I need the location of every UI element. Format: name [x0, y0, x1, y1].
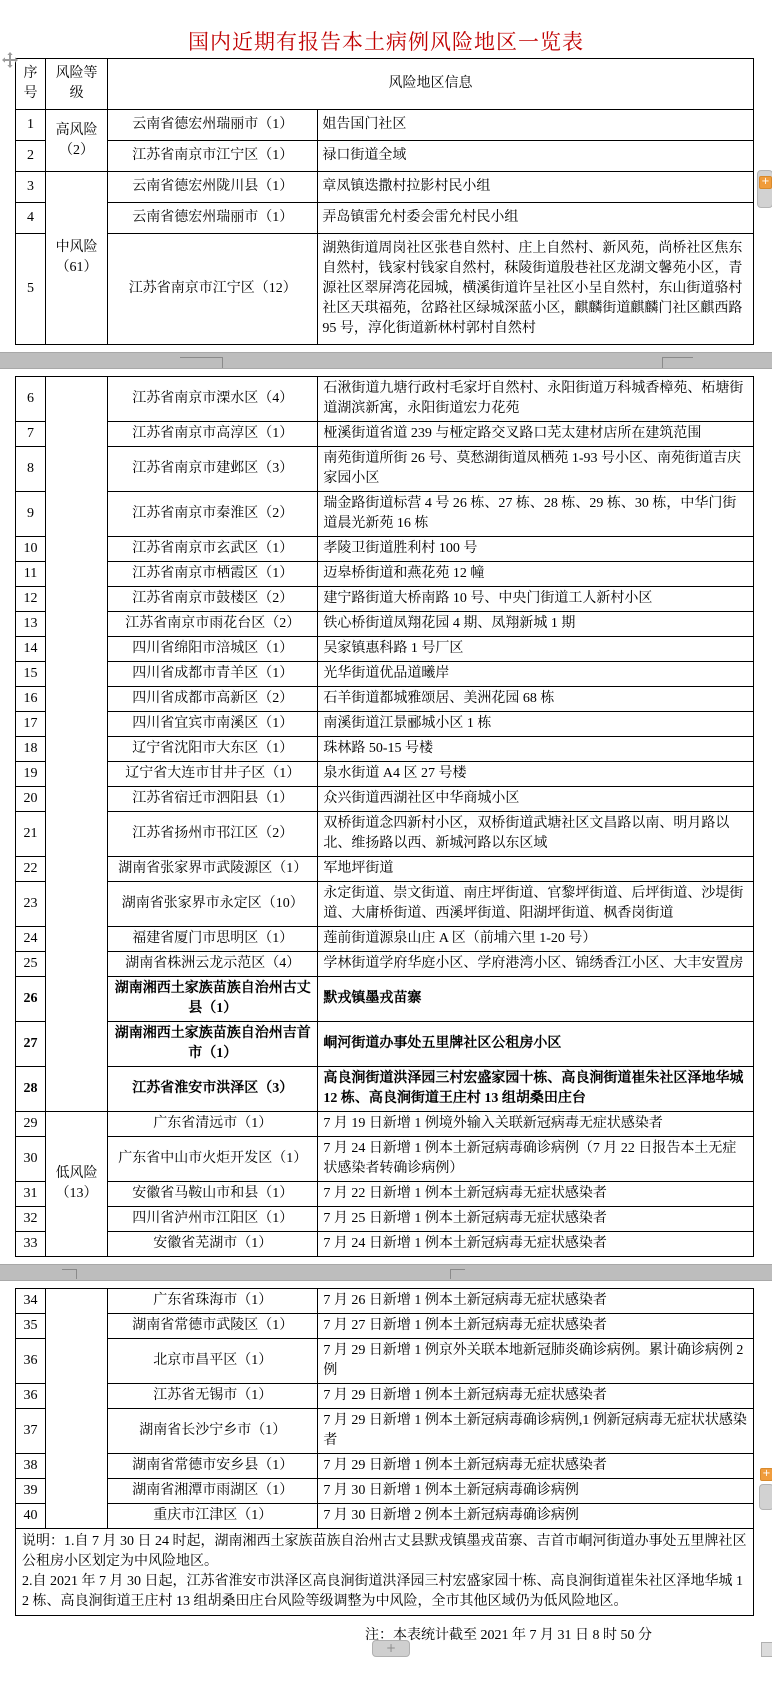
region-cell: 湖南省常德市武陵区（1） [108, 1314, 318, 1339]
region-cell: 四川省成都市青羊区（1） [108, 662, 318, 687]
margin-crop-mark [450, 1269, 465, 1279]
region-cell: 江苏省淮安市洪泽区（3） [108, 1067, 318, 1112]
info-cell: 石湫街道九塘行政村毛家圩自然村、永阳街道万科城香樟苑、柘塘街道湖滨新寓，永阳街道… [318, 377, 754, 422]
row-number: 37 [16, 1409, 46, 1454]
table-row: 9江苏省南京市秦淮区（2）瑞金路街道标营 4 号 26 栋、27 栋、28 栋、… [16, 492, 754, 537]
region-cell: 北京市昌平区（1） [108, 1339, 318, 1384]
row-number: 17 [16, 712, 46, 737]
table-row: 28江苏省淮安市洪泽区（3）高良涧街道洪泽园三村宏盛家园十栋、高良涧街道崔朱社区… [16, 1067, 754, 1112]
info-cell: 珠林路 50-15 号楼 [318, 737, 754, 762]
table-row: 39湖南省湘潭市雨湖区（1）7 月 30 日新增 1 例本土新冠病毒确诊病例 [16, 1479, 754, 1504]
info-cell: 7 月 29 日新增 1 例本土新冠病毒无症状感染者 [318, 1454, 754, 1479]
row-number: 16 [16, 687, 46, 712]
info-cell: 7 月 22 日新增 1 例本土新冠病毒无症状感染者 [318, 1182, 754, 1207]
region-cell: 四川省泸州市江阳区（1） [108, 1207, 318, 1232]
region-cell: 云南省德宏州陇川县（1） [108, 172, 318, 203]
info-cell: 7 月 24 日新增 1 例本土新冠病毒无症状感染者 [318, 1232, 754, 1257]
info-cell: 7 月 29 日新增 1 例京外关联本地新冠肺炎确诊病例。累计确诊病例 2 例 [318, 1339, 754, 1384]
region-cell: 广东省清远市（1） [108, 1112, 318, 1137]
table-row: 8江苏省南京市建邺区（3）南苑街道所街 26 号、莫愁湖街道凤栖苑 1-93 号… [16, 447, 754, 492]
row-number: 6 [16, 377, 46, 422]
row-number: 19 [16, 762, 46, 787]
info-cell: 高良涧街道洪泽园三村宏盛家园十栋、高良涧街道崔朱社区泽地华城 12 栋、高良涧街… [318, 1067, 754, 1112]
margin-crop-mark [662, 357, 693, 368]
page-3: 34广东省珠海市（1）7 月 26 日新增 1 例本土新冠病毒无症状感染者35湖… [0, 1288, 772, 1646]
row-number: 1 [16, 110, 46, 141]
region-cell: 福建省厦门市思明区（1） [108, 927, 318, 952]
row-number: 23 [16, 882, 46, 927]
row-number: 40 [16, 1504, 46, 1529]
info-cell: 禄口街道全域 [318, 141, 754, 172]
region-cell: 江苏省南京市建邺区（3） [108, 447, 318, 492]
table-row: 33安徽省芜湖市（1）7 月 24 日新增 1 例本土新冠病毒无症状感染者 [16, 1232, 754, 1257]
row-number: 11 [16, 562, 46, 587]
table-row: 17四川省宜宾市南溪区（1）南溪街道江景郦城小区 1 栋 [16, 712, 754, 737]
table-row: 21江苏省扬州市邗江区（2）双桥街道念四新村小区，双桥街道武塘社区文昌路以南、明… [16, 812, 754, 857]
row-number: 34 [16, 1289, 46, 1314]
table-row: 6江苏省南京市溧水区（4）石湫街道九塘行政村毛家圩自然村、永阳街道万科城香樟苑、… [16, 377, 754, 422]
margin-crop-mark [180, 357, 223, 368]
risk-area-table-page-3: 34广东省珠海市（1）7 月 26 日新增 1 例本土新冠病毒无症状感染者35湖… [15, 1288, 754, 1616]
row-number: 39 [16, 1479, 46, 1504]
resize-handle[interactable] [761, 1642, 772, 1657]
risk-level-cell: 高风险 （2） [46, 110, 108, 172]
info-cell: 桠溪街道省道 239 与桠定路交叉路口芜太建材店所在建筑范围 [318, 422, 754, 447]
row-number: 20 [16, 787, 46, 812]
page-3-tbody: 34广东省珠海市（1）7 月 26 日新增 1 例本土新冠病毒无症状感染者35湖… [16, 1289, 754, 1616]
table-row: 5江苏省南京市江宁区（12）湖熟街道周岗社区张巷自然村、庄上自然村、新风苑，尚桥… [16, 234, 754, 345]
table-row: 12江苏省南京市鼓楼区（2）建宁路街道大桥南路 10 号、中央门街道工人新村小区 [16, 587, 754, 612]
margin-crop-mark [62, 1269, 77, 1279]
risk-level-cell: 低风险 （13） [46, 1112, 108, 1257]
row-number: 30 [16, 1137, 46, 1182]
info-cell: 7 月 27 日新增 1 例本土新冠病毒无症状感染者 [318, 1314, 754, 1339]
explanation-note: 说明：1.自 7 月 30 日 24 时起，湖南湘西土家族苗族自治州古丈县默戎镇… [16, 1529, 754, 1616]
table-move-handle-icon[interactable] [2, 52, 18, 68]
info-cell: 峒河街道办事处五里牌社区公租房小区 [318, 1022, 754, 1067]
region-cell: 江苏省南京市玄武区（1） [108, 537, 318, 562]
table-row: 16四川省成都市高新区（2）石羊街道都城雅颂居、美洲花园 68 栋 [16, 687, 754, 712]
region-cell: 安徽省马鞍山市和县（1） [108, 1182, 318, 1207]
risk-level-cell [46, 377, 108, 1112]
region-cell: 重庆市江津区（1） [108, 1504, 318, 1529]
region-cell: 安徽省芜湖市（1） [108, 1232, 318, 1257]
region-cell: 江苏省南京市江宁区（1） [108, 141, 318, 172]
info-cell: 建宁路街道大桥南路 10 号、中央门街道工人新村小区 [318, 587, 754, 612]
region-cell: 四川省绵阳市涪城区（1） [108, 637, 318, 662]
header-risk-level: 风险等级 [46, 59, 108, 110]
table-row: 18辽宁省沈阳市大东区（1）珠林路 50-15 号楼 [16, 737, 754, 762]
info-cell: 瑞金路街道标营 4 号 26 栋、27 栋、28 栋、29 栋、30 栋，中华门… [318, 492, 754, 537]
info-cell: 永定街道、崇文街道、南庄坪街道、官黎坪街道、后坪街道、沙堤街道、大庸桥街道、西溪… [318, 882, 754, 927]
region-cell: 湖南省张家界市武陵源区（1） [108, 857, 318, 882]
page-1: 国内近期有报告本土病例风险地区一览表 序号 风险等级 风险地区信息 1高风险 （… [0, 30, 772, 345]
edge-plus-icon[interactable]: + [759, 176, 772, 189]
info-cell: 石羊街道都城雅颂居、美洲花园 68 栋 [318, 687, 754, 712]
info-cell: 湖熟街道周岗社区张巷自然村、庄上自然村、新风苑，尚桥社区焦东自然村，钱家村钱家自… [318, 234, 754, 345]
table-row: 20江苏省宿迁市泗阳县（1）众兴街道西湖社区中华商城小区 [16, 787, 754, 812]
row-number: 8 [16, 447, 46, 492]
risk-area-table-page-1: 序号 风险等级 风险地区信息 1高风险 （2）云南省德宏州瑞丽市（1）姐告国门社… [15, 58, 754, 345]
table-row: 7江苏省南京市高淳区（1）桠溪街道省道 239 与桠定路交叉路口芜太建材店所在建… [16, 422, 754, 447]
region-cell: 江苏省南京市江宁区（12） [108, 234, 318, 345]
row-number: 18 [16, 737, 46, 762]
page-break-2 [0, 1264, 772, 1281]
table-row: 32四川省泸州市江阳区（1）7 月 25 日新增 1 例本土新冠病毒无症状感染者 [16, 1207, 754, 1232]
region-cell: 湖南省常德市安乡县（1） [108, 1454, 318, 1479]
region-cell: 云南省德宏州瑞丽市（1） [108, 110, 318, 141]
table-row: 15四川省成都市青羊区（1）光华街道优品道曦岸 [16, 662, 754, 687]
row-number: 9 [16, 492, 46, 537]
risk-level-cell [46, 1289, 108, 1529]
region-cell: 江苏省南京市雨花台区（2） [108, 612, 318, 637]
row-number: 25 [16, 952, 46, 977]
table-row: 4云南省德宏州瑞丽市（1）弄岛镇雷允村委会雷允村民小组 [16, 203, 754, 234]
region-cell: 江苏省南京市鼓楼区（2） [108, 587, 318, 612]
info-cell: 7 月 30 日新增 1 例本土新冠病毒确诊病例 [318, 1479, 754, 1504]
table-row: 2江苏省南京市江宁区（1）禄口街道全域 [16, 141, 754, 172]
table-row: 36江苏省无锡市（1）7 月 29 日新增 1 例本土新冠病毒无症状感染者 [16, 1384, 754, 1409]
info-cell: 光华街道优品道曦岸 [318, 662, 754, 687]
region-cell: 湖南省长沙宁乡市（1） [108, 1409, 318, 1454]
region-cell: 江苏省宿迁市泗阳县（1） [108, 787, 318, 812]
info-cell: 7 月 29 日新增 1 例本土新冠病毒无症状感染者 [318, 1384, 754, 1409]
row-number: 13 [16, 612, 46, 637]
region-cell: 江苏省南京市溧水区（4） [108, 377, 318, 422]
edge-plus-icon[interactable]: + [760, 1468, 772, 1481]
region-cell: 四川省成都市高新区（2） [108, 687, 318, 712]
row-number: 35 [16, 1314, 46, 1339]
region-cell: 江苏省南京市栖霞区（1） [108, 562, 318, 587]
row-number: 27 [16, 1022, 46, 1067]
table-row: 27湖南湘西土家族苗族自治州吉首市（1）峒河街道办事处五里牌社区公租房小区 [16, 1022, 754, 1067]
page-1-tbody: 1高风险 （2）云南省德宏州瑞丽市（1）姐告国门社区2江苏省南京市江宁区（1）禄… [16, 110, 754, 345]
table-row: 38湖南省常德市安乡县（1）7 月 29 日新增 1 例本土新冠病毒无症状感染者 [16, 1454, 754, 1479]
table-row: 30广东省中山市火炬开发区（1）7 月 24 日新增 1 例本土新冠病毒确诊病例… [16, 1137, 754, 1182]
page-break-1 [0, 352, 772, 369]
row-number: 3 [16, 172, 46, 203]
row-number: 21 [16, 812, 46, 857]
row-number: 7 [16, 422, 46, 447]
info-cell: 迈皋桥街道和燕花苑 12 幢 [318, 562, 754, 587]
region-cell: 江苏省扬州市邗江区（2） [108, 812, 318, 857]
row-number: 31 [16, 1182, 46, 1207]
table-row: 35湖南省常德市武陵区（1）7 月 27 日新增 1 例本土新冠病毒无症状感染者 [16, 1314, 754, 1339]
info-cell: 泉水街道 A4 区 27 号楼 [318, 762, 754, 787]
info-cell: 双桥街道念四新村小区，双桥街道武塘社区文昌路以南、明月路以北、维扬路以西、新城河… [318, 812, 754, 857]
table-row: 1高风险 （2）云南省德宏州瑞丽市（1）姐告国门社区 [16, 110, 754, 141]
row-number: 10 [16, 537, 46, 562]
region-cell: 江苏省无锡市（1） [108, 1384, 318, 1409]
table-row: 37湖南省长沙宁乡市（1）7 月 29 日新增 1 例本土新冠病毒确诊病例,1 … [16, 1409, 754, 1454]
info-cell: 姐告国门社区 [318, 110, 754, 141]
row-number: 29 [16, 1112, 46, 1137]
info-cell: 弄岛镇雷允村委会雷允村民小组 [318, 203, 754, 234]
row-number: 36 [16, 1339, 46, 1384]
info-cell: 吴家镇惠科路 1 号厂区 [318, 637, 754, 662]
row-number: 36 [16, 1384, 46, 1409]
info-cell: 7 月 19 日新增 1 例境外输入关联新冠病毒无症状感染者 [318, 1112, 754, 1137]
info-cell: 7 月 24 日新增 1 例本土新冠病毒确诊病例（7 月 22 日报告本土无症状… [318, 1137, 754, 1182]
info-cell: 军地坪街道 [318, 857, 754, 882]
table-header-row: 序号 风险等级 风险地区信息 [16, 59, 754, 110]
table-row: 40重庆市江津区（1）7 月 30 日新增 2 例本土新冠病毒确诊病例 [16, 1504, 754, 1529]
info-cell: 7 月 26 日新增 1 例本土新冠病毒无症状感染者 [318, 1289, 754, 1314]
region-cell: 湖南省湘潭市雨湖区（1） [108, 1479, 318, 1504]
row-number: 38 [16, 1454, 46, 1479]
row-number: 24 [16, 927, 46, 952]
page-title: 国内近期有报告本土病例风险地区一览表 [0, 30, 772, 54]
info-cell: 孝陵卫街道胜利村 100 号 [318, 537, 754, 562]
row-number: 28 [16, 1067, 46, 1112]
table-row: 19辽宁省大连市甘井子区（1）泉水街道 A4 区 27 号楼 [16, 762, 754, 787]
row-number: 15 [16, 662, 46, 687]
table-row: 3中风险 （61）云南省德宏州陇川县（1）章凤镇迭撒村拉影村民小组 [16, 172, 754, 203]
region-cell: 辽宁省大连市甘井子区（1） [108, 762, 318, 787]
table-row: 25湖南省株洲云龙示范区（4）学林街道学府华庭小区、学府港湾小区、锦绣香江小区、… [16, 952, 754, 977]
region-cell: 广东省中山市火炬开发区（1） [108, 1137, 318, 1182]
info-cell: 7 月 25 日新增 1 例本土新冠病毒无症状感染者 [318, 1207, 754, 1232]
table-row: 10江苏省南京市玄武区（1）孝陵卫街道胜利村 100 号 [16, 537, 754, 562]
region-cell: 云南省德宏州瑞丽市（1） [108, 203, 318, 234]
info-cell: 铁心桥街道凤翔花园 4 期、凤翔新城 1 期 [318, 612, 754, 637]
row-number: 26 [16, 977, 46, 1022]
row-number: 12 [16, 587, 46, 612]
region-cell: 四川省宜宾市南溪区（1） [108, 712, 318, 737]
info-cell: 章凤镇迭撒村拉影村民小组 [318, 172, 754, 203]
info-cell: 默戎镇墨戎苗寨 [318, 977, 754, 1022]
table-row: 24福建省厦门市思明区（1）莲前街道源泉山庄 A 区（前埔六里 1-20 号） [16, 927, 754, 952]
region-cell: 湖南湘西土家族苗族自治州吉首市（1） [108, 1022, 318, 1067]
header-risk-area-info: 风险地区信息 [108, 59, 754, 110]
row-number: 22 [16, 857, 46, 882]
table-row: 29低风险 （13）广东省清远市（1）7 月 19 日新增 1 例境外输入关联新… [16, 1112, 754, 1137]
table-row: 23湖南省张家界市永定区（10）永定街道、崇文街道、南庄坪街道、官黎坪街道、后坪… [16, 882, 754, 927]
row-number: 33 [16, 1232, 46, 1257]
risk-level-cell: 中风险 （61） [46, 172, 108, 345]
info-cell: 学林街道学府华庭小区、学府港湾小区、锦绣香江小区、大丰安置房 [318, 952, 754, 977]
table-row: 31安徽省马鞍山市和县（1）7 月 22 日新增 1 例本土新冠病毒无症状感染者 [16, 1182, 754, 1207]
row-number: 2 [16, 141, 46, 172]
region-cell: 广东省珠海市（1） [108, 1289, 318, 1314]
header-serial-number: 序号 [16, 59, 46, 110]
page-2: 6江苏省南京市溧水区（4）石湫街道九塘行政村毛家圩自然村、永阳街道万科城香樟苑、… [0, 376, 772, 1257]
region-cell: 江苏省南京市秦淮区（2） [108, 492, 318, 537]
row-number: 32 [16, 1207, 46, 1232]
region-cell: 湖南湘西土家族苗族自治州古丈县（1） [108, 977, 318, 1022]
region-cell: 江苏省南京市高淳区（1） [108, 422, 318, 447]
table-row: 22湖南省张家界市武陵源区（1）军地坪街道 [16, 857, 754, 882]
region-cell: 辽宁省沈阳市大东区（1） [108, 737, 318, 762]
info-cell: 众兴街道西湖社区中华商城小区 [318, 787, 754, 812]
table-row: 13江苏省南京市雨花台区（2）铁心桥街道凤翔花园 4 期、凤翔新城 1 期 [16, 612, 754, 637]
info-cell: 南溪街道江景郦城小区 1 栋 [318, 712, 754, 737]
info-cell: 7 月 29 日新增 1 例本土新冠病毒确诊病例,1 例新冠病毒无症状状感染者 [318, 1409, 754, 1454]
row-number: 5 [16, 234, 46, 345]
region-cell: 湖南省株洲云龙示范区（4） [108, 952, 318, 977]
table-row: 34广东省珠海市（1）7 月 26 日新增 1 例本土新冠病毒无症状感染者 [16, 1289, 754, 1314]
table-row: 14四川省绵阳市涪城区（1）吴家镇惠科路 1 号厂区 [16, 637, 754, 662]
scroll-handle[interactable] [759, 1484, 772, 1510]
table-note-row: 说明：1.自 7 月 30 日 24 时起，湖南湘西土家族苗族自治州古丈县默戎镇… [16, 1529, 754, 1616]
page-2-tbody: 6江苏省南京市溧水区（4）石湫街道九塘行政村毛家圩自然村、永阳街道万科城香樟苑、… [16, 377, 754, 1257]
table-plus-badge[interactable]: + [372, 1640, 410, 1657]
info-cell: 7 月 30 日新增 2 例本土新冠病毒确诊病例 [318, 1504, 754, 1529]
row-number: 14 [16, 637, 46, 662]
table-row: 11江苏省南京市栖霞区（1）迈皋桥街道和燕花苑 12 幢 [16, 562, 754, 587]
row-number: 4 [16, 203, 46, 234]
region-cell: 湖南省张家界市永定区（10） [108, 882, 318, 927]
info-cell: 南苑街道所街 26 号、莫愁湖街道凤栖苑 1-93 号小区、南苑街道吉庆家园小区 [318, 447, 754, 492]
table-row: 36北京市昌平区（1）7 月 29 日新增 1 例京外关联本地新冠肺炎确诊病例。… [16, 1339, 754, 1384]
info-cell: 莲前街道源泉山庄 A 区（前埔六里 1-20 号） [318, 927, 754, 952]
table-row: 26湖南湘西土家族苗族自治州古丈县（1）默戎镇墨戎苗寨 [16, 977, 754, 1022]
document-canvas: 国内近期有报告本土病例风险地区一览表 序号 风险等级 风险地区信息 1高风险 （… [0, 0, 772, 1693]
risk-area-table-page-2: 6江苏省南京市溧水区（4）石湫街道九塘行政村毛家圩自然村、永阳街道万科城香樟苑、… [15, 376, 754, 1257]
